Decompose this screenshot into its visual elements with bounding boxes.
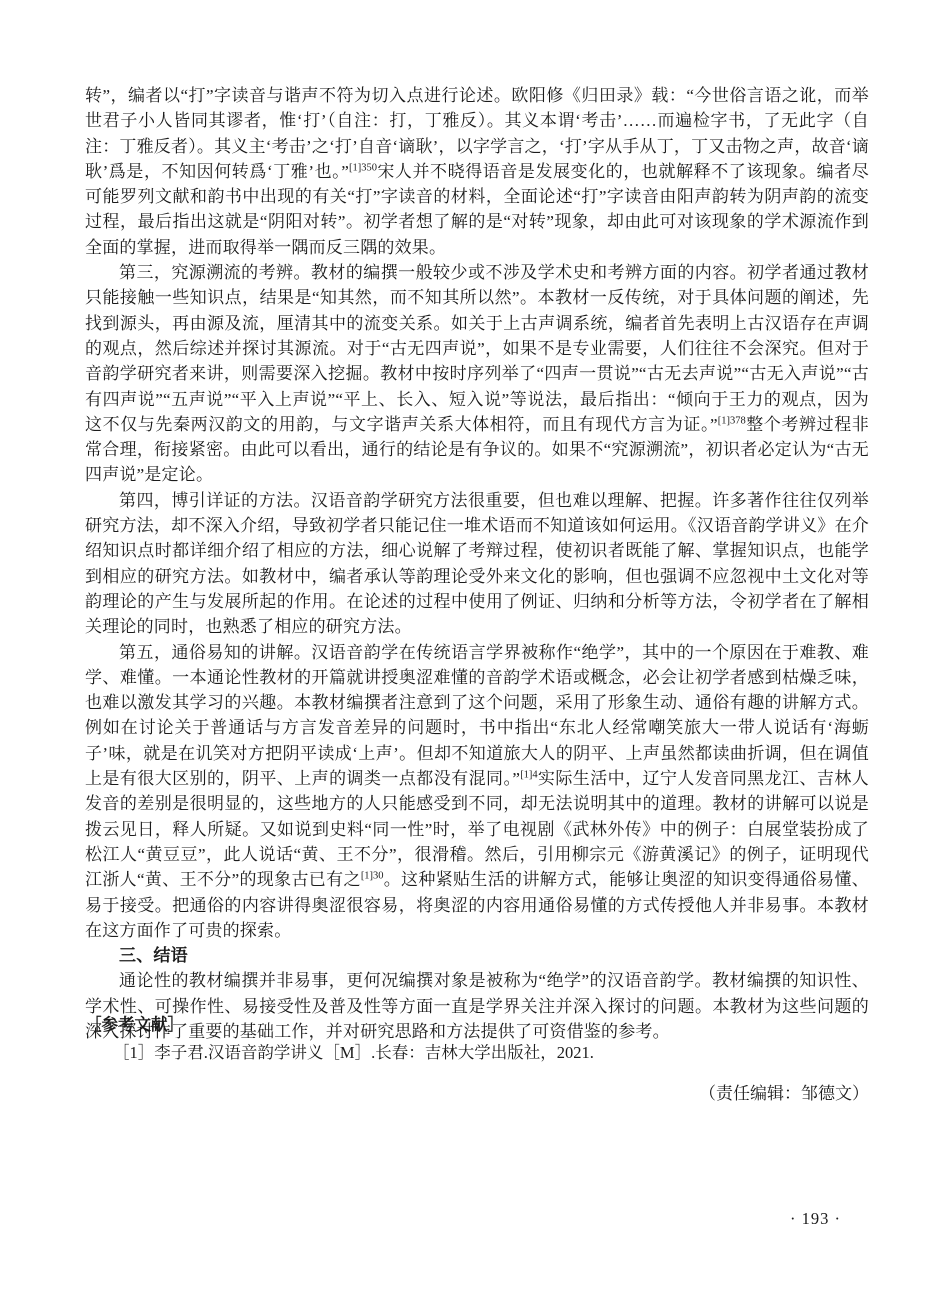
paragraph: 第五，通俗易知的讲解。汉语音韵学在传统语言学界被称作“绝学”，其中的一个原因在于… — [85, 640, 869, 944]
reference-section: ［参考文献］ ［1］李子君.汉语音韵学讲义［M］.长春：吉林大学出版社，2021… — [85, 1012, 869, 1066]
reference-item: ［1］李子君.汉语音韵学讲义［M］.长春：吉林大学出版社，2021. — [85, 1039, 869, 1066]
citation-superscript: [1]350 — [349, 162, 377, 173]
reference-list: ［1］李子君.汉语音韵学讲义［M］.长春：吉林大学出版社，2021. — [85, 1039, 869, 1066]
citation-superscript: [1]30 — [361, 871, 384, 882]
paragraph: 第三，究源溯流的考辨。教材的编撰一般较少或不涉及学术史和考辨方面的内容。初学者通… — [85, 260, 869, 488]
document-page: 转”，编者以“打”字读音与谐声不符为切入点进行论述。欧阳修《归田录》载：“今世俗… — [0, 0, 950, 1290]
citation-superscript: [1]4 — [520, 769, 538, 780]
section-heading: 三、结语 — [85, 943, 869, 968]
paragraph: 第四，博引详证的方法。汉语音韵学研究方法很重要，但也难以理解、把握。许多著作往往… — [85, 488, 869, 640]
reference-heading: ［参考文献］ — [85, 1012, 869, 1039]
citation-superscript: [1]378 — [718, 415, 746, 426]
article-body: 转”，编者以“打”字读音与谐声不符为切入点进行论述。欧阳修《归田录》载：“今世俗… — [85, 83, 869, 1044]
paragraph: 转”，编者以“打”字读音与谐声不符为切入点进行论述。欧阳修《归田录》载：“今世俗… — [85, 83, 869, 260]
page-number: · 193 · — [790, 1209, 841, 1229]
editor-credit: （责任编辑：邹德文） — [85, 1081, 869, 1106]
